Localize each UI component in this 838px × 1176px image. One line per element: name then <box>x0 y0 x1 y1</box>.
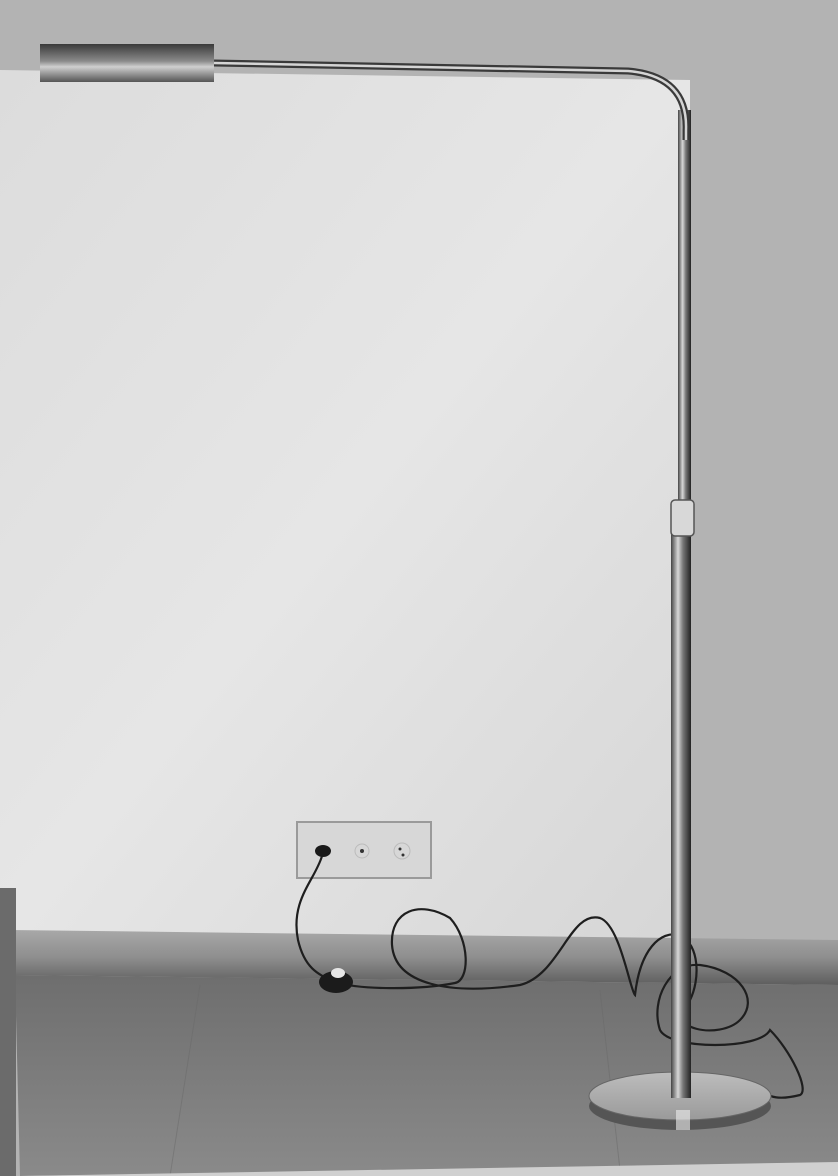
height-adjustment-collar <box>671 500 694 536</box>
plug-icon <box>315 845 331 857</box>
wall <box>0 70 690 940</box>
scan-edge-strip <box>0 888 16 1176</box>
lamp-head <box>40 44 214 82</box>
lamp-pole-upper <box>678 110 691 505</box>
background-right <box>690 80 838 940</box>
photo-scene <box>0 0 838 1176</box>
lamp-pole-lower <box>671 530 691 1098</box>
